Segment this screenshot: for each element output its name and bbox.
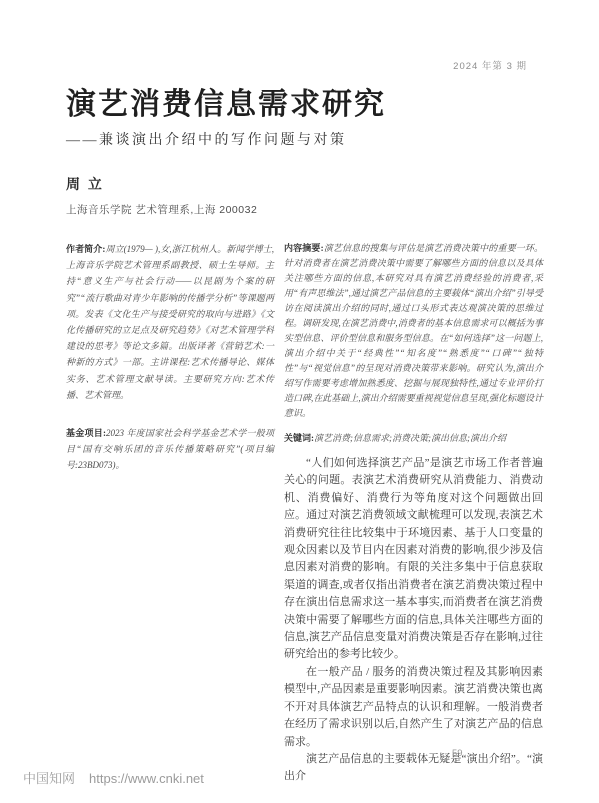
abstract-section: 内容摘要:演艺信息的搜集与评估是演艺消费决策中的重要一环。针对消费者在演艺消费决… — [284, 241, 543, 421]
journal-page: 2024 年第 3 期 演艺消费信息需求研究 ——兼谈演出介绍中的写作问题与对策… — [0, 0, 599, 803]
notes-column: 作者简介:周立(1979— ),女,浙江杭州人。新闻学博士,上海音乐学院艺术管理… — [66, 241, 274, 474]
cnki-watermark: 中国知网https://www.cnki.net — [23, 768, 204, 787]
author-bio-text: 周立(1979— ),女,浙江杭州人。新闻学博士,上海音乐学院艺术管理系副教授、… — [66, 244, 274, 400]
abstract-label: 内容摘要: — [284, 243, 324, 253]
body-paragraph: 演艺产品信息的主要载体无疑是“演出介绍”。“演出介 — [284, 751, 543, 786]
keywords-label: 关键词: — [284, 433, 314, 443]
body-text: “人们如何选择演艺产品”是演艺市场工作者普遍关心的问题。表演艺术消费研究从消费能… — [284, 455, 543, 786]
author-block: 周 立 上海音乐学院 艺术管理系,上海 200032 — [66, 174, 257, 217]
keywords-text: 演艺消费;信息需求;消费决策;演出信息;演出介绍 — [314, 433, 506, 443]
keywords-section: 关键词:演艺消费;信息需求;消费决策;演出信息;演出介绍 — [284, 431, 543, 446]
body-paragraph: “人们如何选择演艺产品”是演艺市场工作者普遍关心的问题。表演艺术消费研究从消费能… — [284, 455, 543, 664]
funding-label: 基金项目: — [66, 428, 106, 438]
article-subtitle: ——兼谈演出介绍中的写作问题与对策 — [66, 129, 546, 149]
page-number: 59 — [452, 748, 463, 759]
author-bio-label: 作者简介: — [66, 244, 105, 254]
author-bio-section: 作者简介:周立(1979— ),女,浙江杭州人。新闻学博士,上海音乐学院艺术管理… — [66, 241, 274, 403]
title-block: 演艺消费信息需求研究 ——兼谈演出介绍中的写作问题与对策 — [66, 88, 546, 149]
article-title: 演艺消费信息需求研究 — [66, 88, 546, 122]
cnki-site-name: 中国知网 — [23, 771, 75, 786]
abstract-column: 内容摘要:演艺信息的搜集与评估是演艺消费决策中的重要一环。针对消费者在演艺消费决… — [284, 241, 543, 446]
body-paragraph: 在一般产品 / 服务的消费决策过程及其影响因素模型中,产品因素是重要影响因素。演… — [284, 664, 543, 751]
abstract-text: 演艺信息的搜集与评估是演艺消费决策中的重要一环。针对消费者在演艺消费决策中需要了… — [284, 243, 543, 418]
cnki-url-link[interactable]: https://www.cnki.net — [89, 771, 204, 786]
issue-label: 2024 年第 3 期 — [453, 58, 527, 72]
author-name: 周 立 — [66, 174, 257, 194]
funding-section: 基金项目:2023 年度国家社会科学基金艺术学一般项目“国有交响乐团的音乐传播策… — [66, 425, 274, 474]
author-affiliation: 上海音乐学院 艺术管理系,上海 200032 — [66, 202, 257, 217]
